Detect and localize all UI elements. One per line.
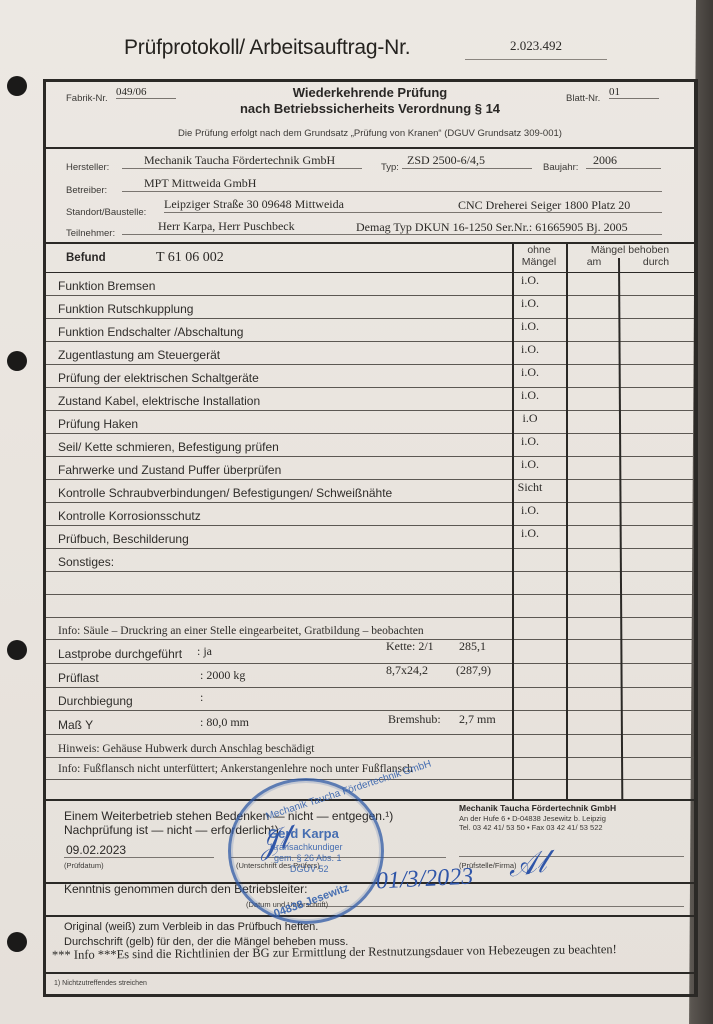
hersteller-value: Mechanik Taucha Fördertechnik GmbH — [122, 153, 362, 169]
row-status: Sicht — [500, 480, 560, 495]
standort-label: Standort/Baustelle: — [66, 207, 146, 218]
header-section: Fabrik-Nr. 049/06 Wiederkehrende Prüfung… — [46, 82, 694, 149]
prueflast-row: Prüflast : 2000 kg 8,7x24,2 (287,9) — [46, 663, 694, 688]
lastprobe-label: Lastprobe durchgeführt — [58, 647, 182, 661]
row-status: i.O. — [500, 273, 560, 288]
col-ohne: ohne — [512, 244, 566, 256]
row-status: i.O. — [500, 434, 560, 449]
table-row: Prüfung der elektrischen Schaltgerätei.O… — [46, 364, 694, 388]
betreiber-label: Betreiber: — [66, 185, 107, 196]
original-note: Original (weiß) zum Verbleib in das Prüf… — [64, 921, 318, 933]
info-fuss: Info: Fußflansch nicht unterfüttert; Ank… — [58, 763, 413, 775]
befund-table: Befund T 61 06 002 ohne Mängel Mängel be… — [46, 242, 694, 799]
befund-label: Befund — [66, 252, 106, 264]
blatt-nr: 01 — [609, 86, 659, 99]
row-status: i.O. — [500, 342, 560, 357]
bremshub-value: 2,7 mm — [459, 712, 496, 727]
teilnehmer-label: Teilnehmer: — [66, 228, 115, 239]
grundsatz-note: Die Prüfung erfolgt nach dem Grundsatz „… — [46, 128, 694, 139]
table-row: Fahrwerke und Zustand Puffer überprüfeni… — [46, 456, 694, 480]
kette-mass-value: (287,9) — [456, 663, 491, 678]
baujahr-value: 2006 — [586, 153, 661, 169]
row-label: Kontrolle Korrosionsschutz — [58, 509, 201, 523]
col-divider — [512, 242, 514, 799]
kette-label: Kette: 2/1 — [386, 639, 434, 654]
pruefstelle-line — [459, 856, 684, 857]
firma-address: An der Hufe 6 • D-04838 Jesewitz b. Leip… — [459, 814, 606, 823]
col-behoben: Mängel behoben — [566, 244, 694, 256]
pruefdatum-value: 09.02.2023 — [66, 843, 126, 857]
mass-y-label: Maß Y — [58, 718, 93, 732]
row-label: Zustand Kabel, elektrische Installation — [58, 394, 260, 408]
row-label: Funktion Endschalter /Abschaltung — [58, 325, 243, 339]
row-label: Prüfung der elektrischen Schaltgeräte — [58, 371, 259, 385]
crane-detail: Demag Typ DKUN 16-1250 Ser.Nr.: 61665905… — [356, 220, 628, 235]
table-header: Befund T 61 06 002 ohne Mängel Mängel be… — [46, 242, 694, 273]
table-row: Prüfung Hakeni.O — [46, 410, 694, 434]
typ-label: Typ: — [381, 162, 399, 173]
durchbiegung-label: Durchbiegung — [58, 694, 133, 708]
table-row — [46, 594, 694, 618]
baujahr-label: Baujahr: — [543, 162, 578, 173]
firma-phone: Tel. 03 42 41/ 53 50 • Fax 03 42 41/ 53 … — [459, 823, 603, 832]
hinweis-row: Hinweis: Gehäuse Hubwerk durch Anschlag … — [46, 734, 694, 758]
row-status: i.O. — [500, 365, 560, 380]
kenntnis-line — [306, 906, 684, 907]
row-status: i.O. — [500, 526, 560, 541]
punch-hole — [7, 932, 27, 952]
col-am: am — [570, 256, 618, 268]
table-row: Seil/ Kette schmieren, Befestigung prüfe… — [46, 433, 694, 457]
punch-hole — [7, 640, 27, 660]
info-saeule-row: Info: Säule – Druckring an einer Stelle … — [46, 617, 694, 640]
firma-name: Mechanik Taucha Fördertechnik GmbH — [459, 803, 616, 813]
prueflast-label: Prüflast — [58, 671, 99, 685]
info-saeule: Info: Säule – Druckring an einer Stelle … — [58, 625, 424, 637]
table-row: Sonstiges: — [46, 548, 694, 572]
table-row: Prüfbuch, Beschilderungi.O. — [46, 525, 694, 549]
row-status: i.O. — [500, 319, 560, 334]
row-status: i.O. — [500, 296, 560, 311]
mass-y-row: Maß Y : 80,0 mm Bremshub: 2,7 mm — [46, 710, 694, 735]
auftrag-number: 2.023.492 — [465, 38, 607, 60]
pruefdatum-line — [64, 857, 214, 858]
table-row: Funktion Endschalter /Abschaltungi.O. — [46, 318, 694, 342]
stamp-line-3: DGUV 52 — [290, 864, 329, 874]
lastprobe-row: Lastprobe durchgeführt : ja Kette: 2/1 2… — [46, 639, 694, 664]
hinweis: Hinweis: Gehäuse Hubwerk durch Anschlag … — [58, 743, 314, 755]
betreiber-value: MPT Mittweida GmbH — [122, 176, 662, 192]
row-label: Prüfung Haken — [58, 417, 138, 431]
row-label: Kontrolle Schraubverbindungen/ Befestigu… — [58, 486, 392, 500]
durchbiegung-value: : — [200, 690, 203, 705]
table-row: Funktion Bremseni.O. — [46, 272, 694, 296]
mass-y-value: : 80,0 mm — [200, 715, 249, 730]
row-status: i.O. — [500, 457, 560, 472]
row-label: Fahrwerke und Zustand Puffer überprüfen — [58, 463, 281, 477]
hersteller-label: Hersteller: — [66, 162, 109, 173]
kenntnis-date: 01/3/2023 — [375, 863, 474, 895]
kette-value: 285,1 — [459, 639, 486, 654]
pruefdatum-label: (Prüfdatum) — [64, 861, 104, 870]
typ-value: ZSD 2500-6/4,5 — [402, 153, 532, 169]
row-label: Funktion Rutschkupplung — [58, 302, 193, 316]
standort-detail: CNC Dreherei Seiger 1800 Platz 20 — [458, 198, 630, 213]
info-section: Hersteller: Mechanik Taucha Fördertechni… — [46, 147, 694, 244]
table-row: Kontrolle Korrosionsschutzi.O. — [46, 502, 694, 526]
punch-hole — [7, 351, 27, 371]
row-label: Seil/ Kette schmieren, Befestigung prüfe… — [58, 440, 279, 454]
row-label: Sonstiges: — [58, 555, 114, 569]
col-maengel: Mängel — [512, 256, 566, 268]
row-status: i.O — [500, 411, 560, 426]
lastprobe-value: : ja — [197, 644, 212, 659]
punch-hole — [7, 76, 27, 96]
manager-signature: 𝒜𝓁 — [506, 845, 549, 884]
row-label: Prüfbuch, Beschilderung — [58, 532, 189, 546]
prueflast-value: : 2000 kg — [200, 668, 245, 683]
form-title: Prüfprotokoll/ Arbeitsauftrag-Nr. — [124, 36, 410, 60]
bremshub-label: Bremshub: — [388, 712, 441, 727]
footer-notes: Original (weiß) zum Verbleib in das Prüf… — [46, 915, 694, 974]
kette-mass: 8,7x24,2 — [386, 663, 428, 678]
table-row: Zustand Kabel, elektrische Installationi… — [46, 387, 694, 411]
row-status: i.O. — [500, 388, 560, 403]
table-row: Kontrolle Schraubverbindungen/ Befestigu… — [46, 479, 694, 503]
footnote: 1) Nichtzutreffendes streichen — [54, 980, 147, 987]
table-row: Zugentlastung am Steuergeräti.O. — [46, 341, 694, 365]
row-status: i.O. — [500, 503, 560, 518]
col-durch: durch — [621, 256, 691, 268]
col-divider — [566, 242, 568, 799]
row-label: Funktion Bremsen — [58, 279, 155, 293]
durchbiegung-row: Durchbiegung : — [46, 687, 694, 711]
table-row — [46, 571, 694, 595]
table-row: Funktion Rutschkupplungi.O. — [46, 295, 694, 319]
befund-value: T 61 06 002 — [156, 250, 224, 266]
blatt-label: Blatt-Nr. — [566, 93, 600, 104]
row-label: Zugentlastung am Steuergerät — [58, 348, 220, 362]
